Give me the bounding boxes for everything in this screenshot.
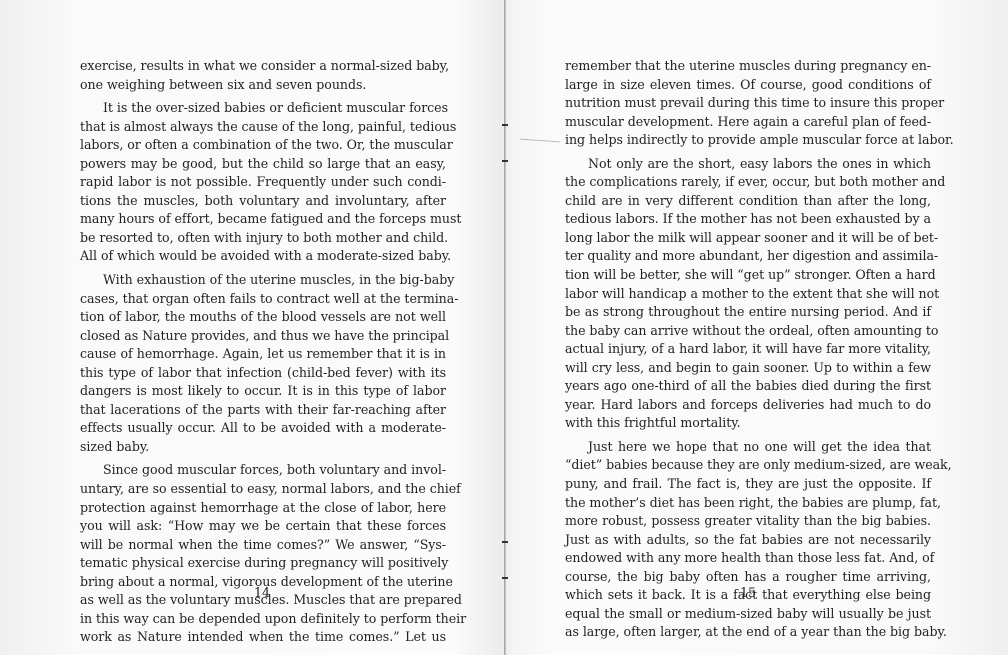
- text-line: as large, often larger, at the end of a …: [565, 623, 931, 642]
- text-line: tematic physical exercise during pregnan…: [80, 554, 446, 573]
- text-line: cases, that organ often fails to contrac…: [80, 290, 446, 309]
- text-line: cause of hemorrhage. Again, let us remem…: [80, 345, 446, 364]
- gutter-mark: [502, 541, 508, 543]
- text-line: closed as Nature provides, and thus we h…: [80, 327, 446, 346]
- text-line: tedious labors. If the mother has not be…: [565, 210, 931, 229]
- text-line: exercise, results in what we consider a …: [80, 57, 446, 76]
- text-line: will be normal when the time comes?” We …: [80, 536, 446, 555]
- text-line: actual injury, of a hard labor, it will …: [565, 340, 931, 359]
- text-line: untary, are so essential to easy, normal…: [80, 480, 446, 499]
- text-line: the baby can arrive without the ordeal, …: [565, 322, 931, 341]
- book-spread: exercise, results in what we consider a …: [0, 0, 1008, 655]
- text-line: With exhaustion of the uterine muscles, …: [80, 271, 446, 290]
- text-line: that lacerations of the parts with their…: [80, 401, 446, 420]
- text-line: It is the over-sized babies or deficient…: [80, 99, 446, 118]
- paragraph: With exhaustion of the uterine muscles, …: [80, 271, 446, 456]
- text-line: All of which would be avoided with a mod…: [80, 247, 446, 266]
- text-line: be as strong throughout the entire nursi…: [565, 303, 931, 322]
- text-line: labors, or often a combination of the tw…: [80, 136, 446, 155]
- text-line: that is almost always the cause of the l…: [80, 118, 446, 137]
- text-line: years ago one-third of all the babies di…: [565, 377, 931, 396]
- text-line: rapid labor is not possible. Frequently …: [80, 173, 446, 192]
- text-line: with this frightful mortality.: [565, 414, 931, 433]
- text-line: one weighing between six and seven pound…: [80, 76, 446, 95]
- text-line: this type of labor that infection (child…: [80, 364, 446, 383]
- text-line: remember that the uterine muscles during…: [565, 57, 931, 76]
- text-line: tions the muscles, both voluntary and in…: [80, 192, 446, 211]
- text-line: labor will handicap a mother to the exte…: [565, 285, 931, 304]
- page-number-left: 14: [242, 585, 282, 600]
- text-line: will cry less, and begin to gain sooner.…: [565, 359, 931, 378]
- text-line: muscular development. Here again a caref…: [565, 113, 931, 132]
- text-line: tion of labor, the mouths of the blood v…: [80, 308, 446, 327]
- text-line: tion will be better, she will “get up” s…: [565, 266, 931, 285]
- text-line: nutrition must prevail during this time …: [565, 94, 931, 113]
- text-line: Just here we hope that no one will get t…: [565, 438, 931, 457]
- text-line: Since good muscular forces, both volunta…: [80, 461, 446, 480]
- paragraph: exercise, results in what we consider a …: [80, 57, 446, 94]
- text-line: long labor the milk will appear sooner a…: [565, 229, 931, 248]
- text-line: Just as with adults, so the fat babies a…: [565, 531, 931, 550]
- gutter-mark: [502, 577, 508, 579]
- paragraph: It is the over-sized babies or deficient…: [80, 99, 446, 266]
- text-line: year. Hard labors and forceps deliveries…: [565, 396, 931, 415]
- text-line: the mother’s diet has been right, the ba…: [565, 494, 931, 513]
- text-line: many hours of effort, became fatigued an…: [80, 210, 446, 229]
- book-gutter: [504, 0, 506, 655]
- text-line: large in size eleven times. Of course, g…: [565, 76, 931, 95]
- text-line: protection against hemorrhage at the clo…: [80, 499, 446, 518]
- left-page-body: exercise, results in what we consider a …: [80, 57, 446, 647]
- paragraph: Not only are the short, easy labors the …: [565, 155, 931, 433]
- text-line: course, the big baby often has a rougher…: [565, 568, 931, 587]
- paragraph: remember that the uterine muscles during…: [565, 57, 931, 150]
- text-line: Not only are the short, easy labors the …: [565, 155, 931, 174]
- paragraph: Just here we hope that no one will get t…: [565, 438, 931, 642]
- text-line: work as Nature intended when the time co…: [80, 628, 446, 647]
- text-line: be resorted to, often with injury to bot…: [80, 229, 446, 248]
- text-line: equal the small or medium-sized baby wil…: [565, 605, 931, 624]
- right-page-body: remember that the uterine muscles during…: [565, 57, 931, 642]
- text-line: you will ask: “How may we be certain tha…: [80, 517, 446, 536]
- text-line: effects usually occur. All to be avoided…: [80, 419, 446, 438]
- text-line: child are in very different condition th…: [565, 192, 931, 211]
- gutter-mark: [502, 160, 508, 162]
- paragraph: Since good muscular forces, both volunta…: [80, 461, 446, 646]
- text-line: ing helps indirectly to provide ample mu…: [565, 131, 931, 150]
- text-line: dangers is most likely to occur. It is i…: [80, 382, 446, 401]
- text-line: “diet” babies because they are only medi…: [565, 456, 931, 475]
- page-number-right: 15: [728, 585, 768, 600]
- text-line: powers may be good, but the child so lar…: [80, 155, 446, 174]
- text-line: sized baby.: [80, 438, 446, 457]
- text-line: puny, and frail. The fact is, they are j…: [565, 475, 931, 494]
- text-line: ter quality and more abundant, her diges…: [565, 247, 931, 266]
- text-line: the complications rarely, if ever, occur…: [565, 173, 931, 192]
- gutter-mark: [502, 124, 508, 126]
- paper-mark: [520, 139, 560, 143]
- text-line: endowed with any more health than those …: [565, 549, 931, 568]
- text-line: in this way can be depended upon definit…: [80, 610, 446, 629]
- text-line: more robust, possess greater vitality th…: [565, 512, 931, 531]
